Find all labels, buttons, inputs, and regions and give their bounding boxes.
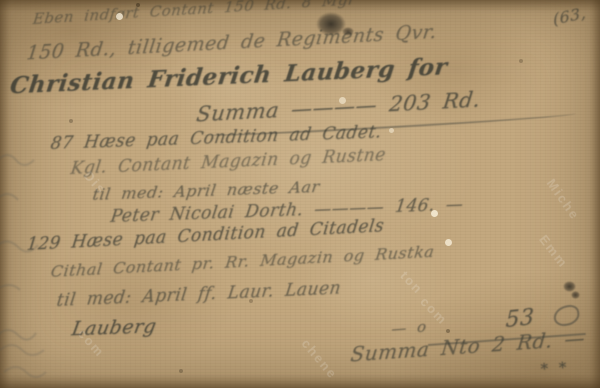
ink-blot xyxy=(342,27,354,36)
bleedthrough-strokes-bottom-left xyxy=(0,338,128,388)
signature: Lauberg xyxy=(70,315,158,340)
manuscript-scan: Dis chene ton com Miche Emm com Eben ind… xyxy=(0,0,600,388)
page-number: (63, xyxy=(552,3,587,29)
correction-flourish-loop xyxy=(552,303,581,327)
ink-blot xyxy=(571,291,580,299)
watermark-fragment: Miche xyxy=(544,176,583,223)
paper-speckles-light xyxy=(0,0,3,3)
watermark-fragment: ton xyxy=(397,268,426,297)
watermark-fragment: chene xyxy=(299,336,341,382)
footnote-marks: * * xyxy=(540,358,567,378)
handwriting-line-header: Eben indført Contant 150 Rd. 8 Mgr xyxy=(32,0,357,28)
correction-dash: — o xyxy=(391,318,427,339)
watermark-fragment: Emm xyxy=(536,232,571,271)
handwriting-line-entry: til med: April ff. Laur. Lauen xyxy=(55,279,342,312)
